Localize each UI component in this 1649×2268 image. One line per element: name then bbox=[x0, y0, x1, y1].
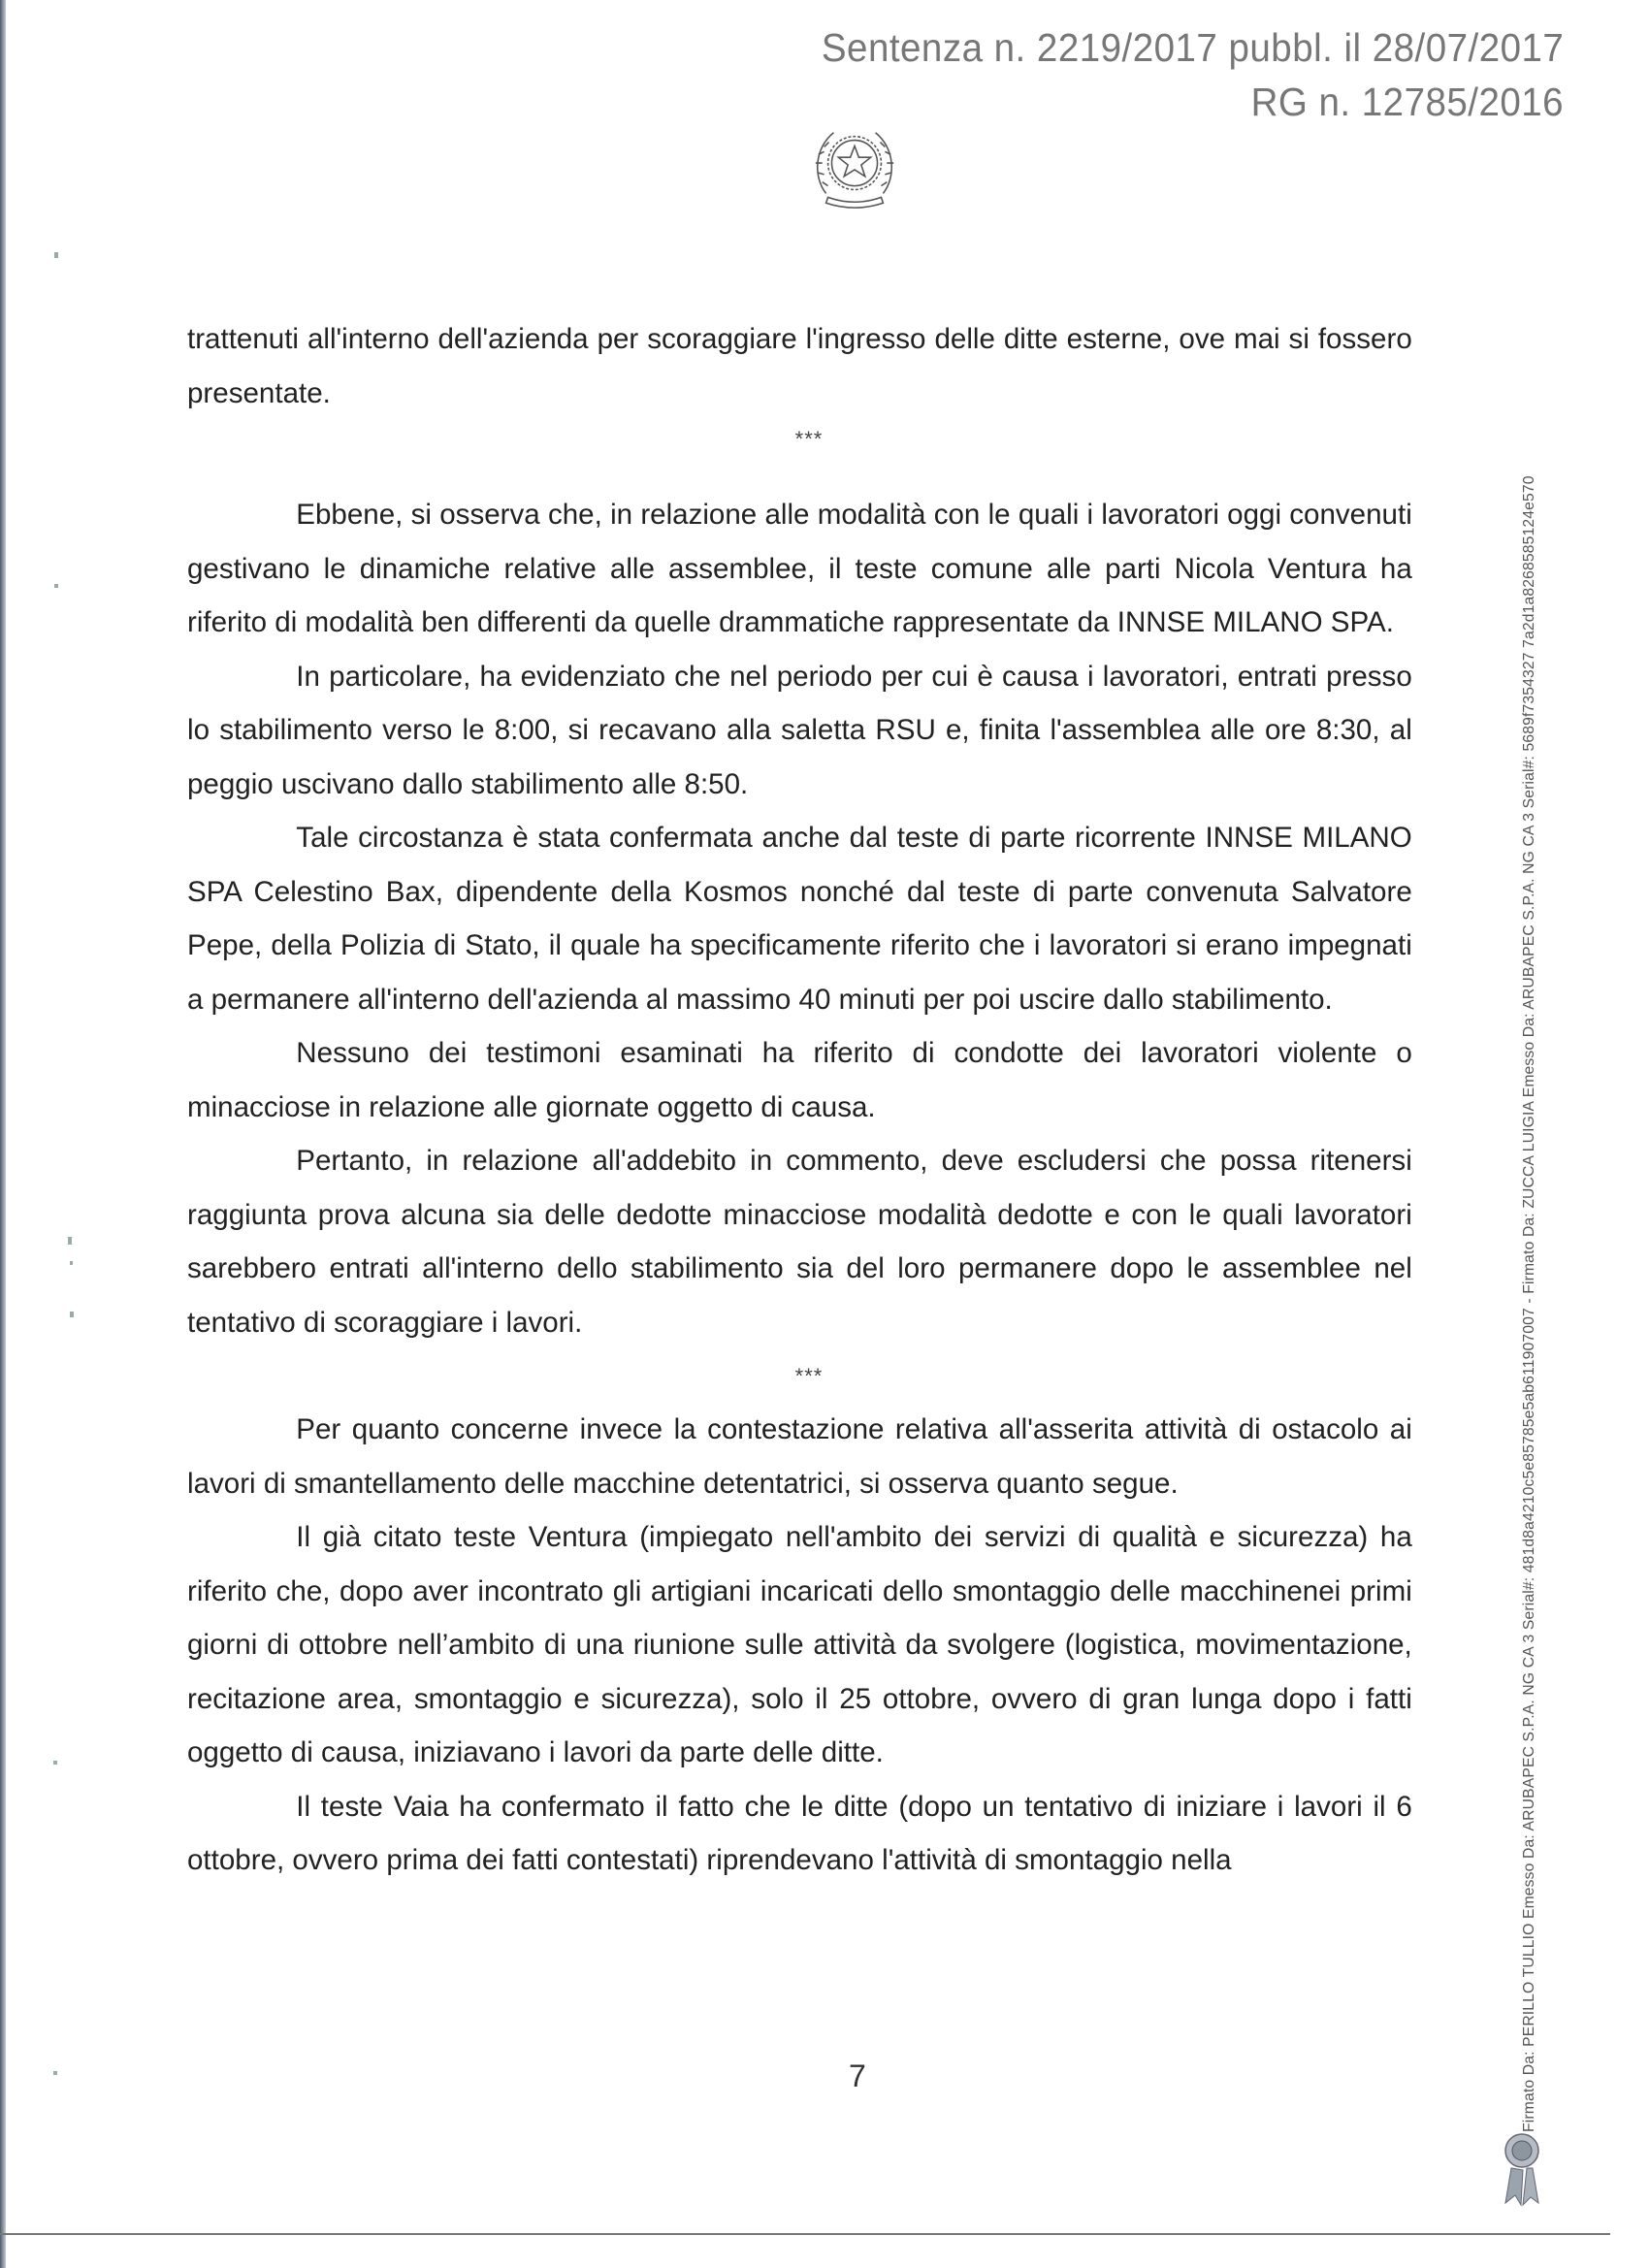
paragraph-dismantling-contestation: Per quanto concerne invece la contestazi… bbox=[187, 1403, 1412, 1510]
scan-margin-mark bbox=[53, 2071, 57, 2075]
paragraph-ventura-october: Il già citato teste Ventura (impiegato n… bbox=[187, 1510, 1412, 1780]
section-separator: *** bbox=[187, 1349, 1431, 1403]
digital-signature-strip: Firmato Da: PERILLO TULLIO Emesso Da: AR… bbox=[1521, 475, 1538, 2132]
paragraph-conclusion: Pertanto, in relazione all'addebito in c… bbox=[187, 1134, 1412, 1349]
scan-margin-mark bbox=[53, 1761, 57, 1765]
page-number: 7 bbox=[849, 2058, 866, 2094]
document-body: trattenuti all'interno dell'azienda per … bbox=[187, 312, 1431, 1888]
paragraph-continuation: trattenuti all'interno dell'azienda per … bbox=[187, 312, 1412, 420]
section-separator: *** bbox=[187, 420, 1431, 488]
scan-left-edge bbox=[0, 0, 6, 2268]
paragraph-ventura-testimony: Ebbene, si osserva che, in relazione all… bbox=[187, 488, 1412, 650]
scan-margin-mark bbox=[68, 1237, 72, 1245]
scan-margin-mark bbox=[70, 1312, 74, 1317]
scan-margin-mark bbox=[70, 1261, 73, 1265]
scan-margin-mark bbox=[54, 252, 58, 258]
sentence-number-header: Sentenza n. 2219/2017 pubbl. il 28/07/20… bbox=[822, 25, 1564, 71]
page-bottom-edge bbox=[0, 2233, 1610, 2235]
paragraph-vaia-testimony: Il teste Vaia ha confermato il fatto che… bbox=[187, 1780, 1412, 1888]
digital-signature-seal-icon bbox=[1502, 2129, 1542, 2207]
scan-margin-mark bbox=[54, 584, 58, 588]
rg-number-header: RG n. 12785/2016 bbox=[1250, 80, 1564, 125]
paragraph-confirmation: Tale circostanza è stata confermata anch… bbox=[187, 811, 1412, 1026]
paragraph-timeline: In particolare, ha evidenziato che nel p… bbox=[187, 650, 1412, 812]
italian-republic-emblem-icon bbox=[807, 118, 902, 215]
paragraph-no-violence: Nessuno dei testimoni esaminati ha rifer… bbox=[187, 1026, 1412, 1134]
